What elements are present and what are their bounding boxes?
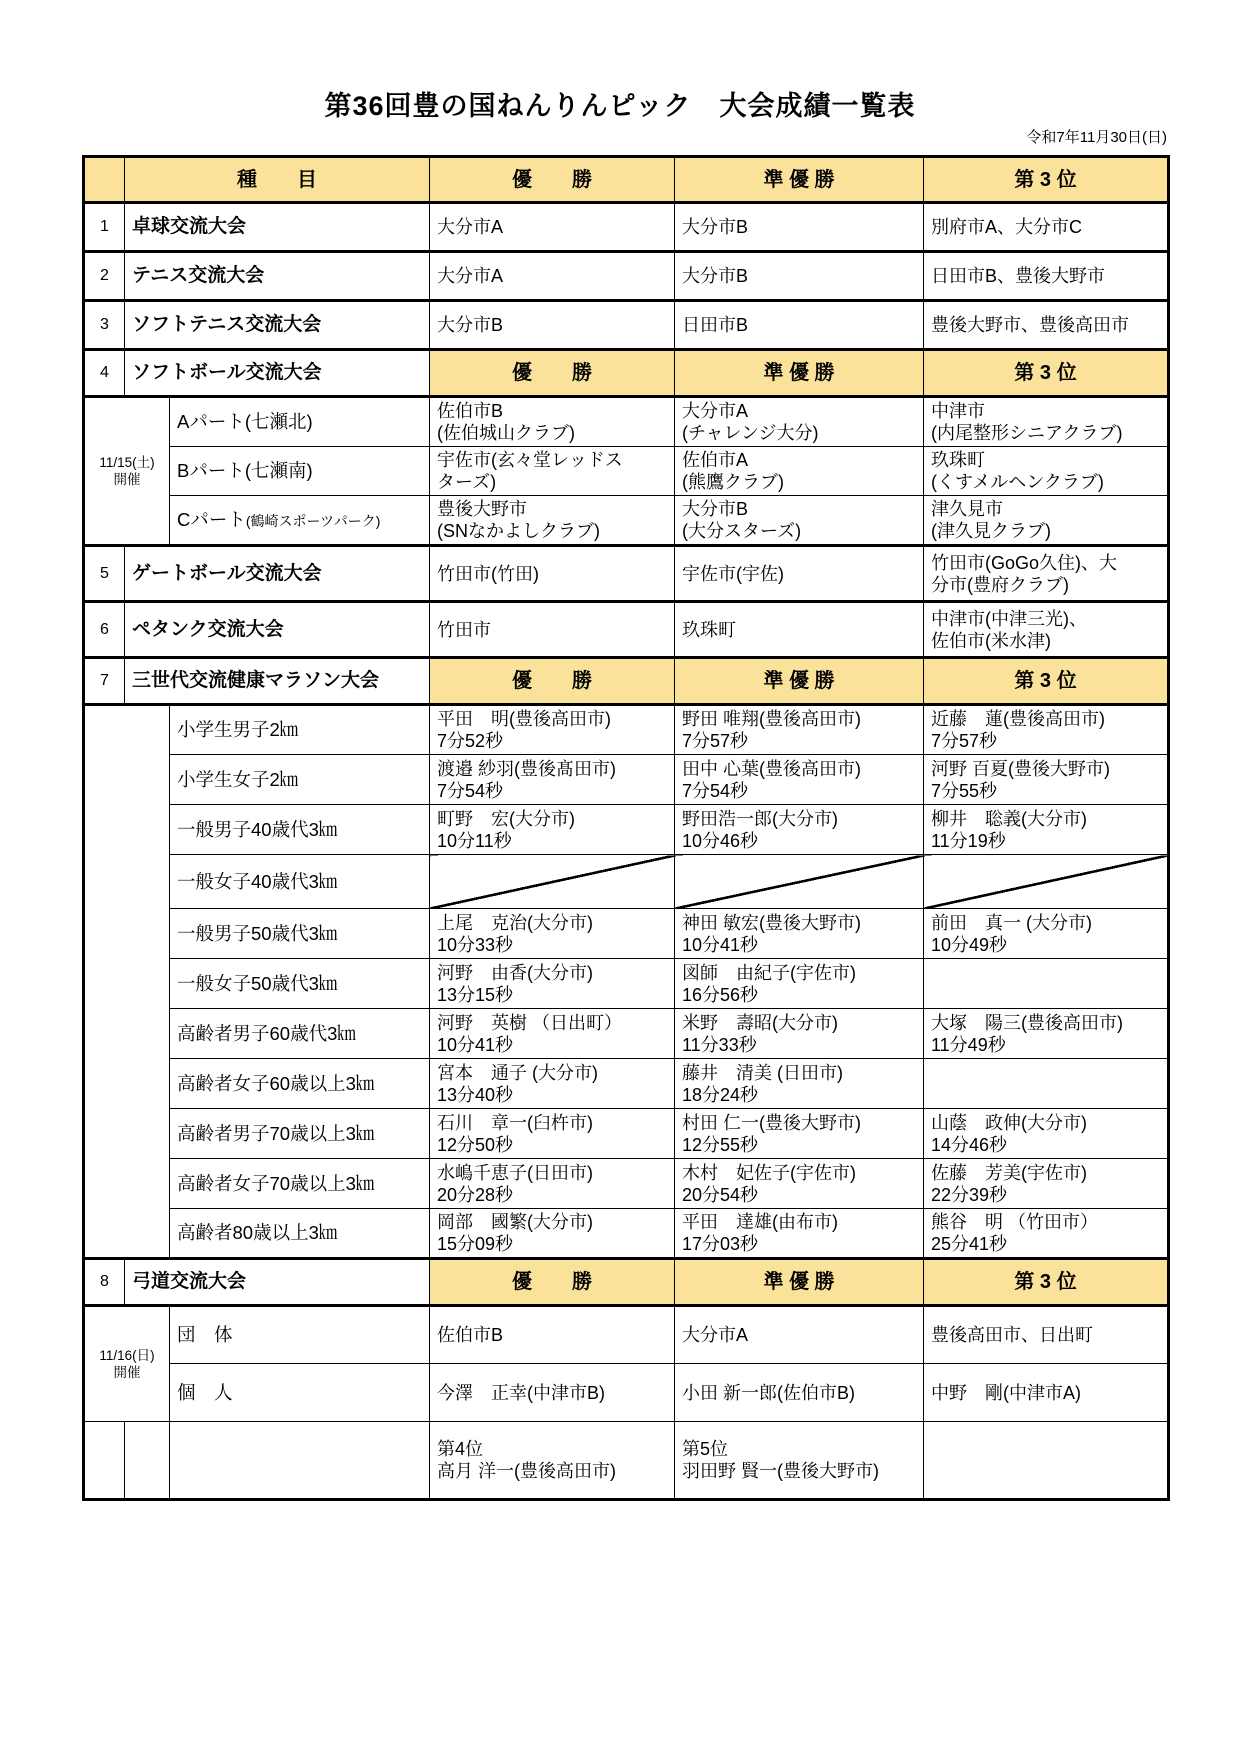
header-event: 種 目: [125, 157, 430, 203]
marathon-row-no-entry: 一般女子40歳代3㎞: [84, 855, 1169, 909]
cell-no: 3: [84, 301, 125, 350]
softball-row: Bパート(七瀬南) 宇佐市(玄々堂レッドス ターズ) 佐伯市A (熊鷹クラブ) …: [84, 447, 1169, 496]
marathon-row: 一般男子40歳代3㎞ 町野 宏(大分市) 10分11秒 野田浩一郎(大分市) 1…: [84, 805, 1169, 855]
cell-second: 藤井 清美 (日田市) 18分24秒: [675, 1059, 924, 1109]
empty-cell: [84, 1422, 125, 1500]
empty-cell: [924, 1422, 1169, 1500]
sublabel-text: Aパート(七瀬北): [177, 411, 313, 432]
subheader-second: 準 優 勝: [675, 350, 924, 397]
date-held-cell: 11/16(日) 開催: [84, 1306, 170, 1422]
kyudo-row: 11/16(日) 開催 団 体 佐伯市B 大分市A 豊後高田市、日出町: [84, 1306, 1169, 1364]
empty-cell: [170, 1422, 430, 1500]
event-row: 6 ペタンク交流大会 竹田市 玖珠町 中津市(中津三光)、 佐伯市(米水津): [84, 602, 1169, 658]
cell-fifth-place: 第5位 羽田野 賢一(豊後大野市): [675, 1422, 924, 1500]
cell-sublabel: 高齢者女子60歳以上3㎞: [170, 1059, 430, 1109]
cell-second: 大分市B (大分スターズ): [675, 496, 924, 546]
cell-first: 岡部 國繁(大分市) 15分09秒: [430, 1209, 675, 1259]
sublabel-small-text: (鶴崎スポーツパーク): [246, 513, 380, 529]
cell-event: ゲートボール交流大会: [125, 546, 430, 602]
marathon-header-row: 7 三世代交流健康マラソン大会 優 勝 準 優 勝 第 3 位: [84, 658, 1169, 705]
marathon-row: 高齢者女子60歳以上3㎞ 宮本 通子 (大分市) 13分40秒 藤井 清美 (日…: [84, 1059, 1169, 1109]
cell-no: 6: [84, 602, 125, 658]
cell-no: 4: [84, 350, 125, 397]
cell-sublabel: 高齢者80歳以上3㎞: [170, 1209, 430, 1259]
event-row: 2 テニス交流大会 大分市A 大分市B 日田市B、豊後大野市: [84, 252, 1169, 301]
cell-second: 図師 由紀子(宇佐市) 16分56秒: [675, 959, 924, 1009]
cell-event: ソフトボール交流大会: [125, 350, 430, 397]
sublabel-text: Bパート(七瀬南): [177, 460, 313, 481]
cell-first: 今澤 正幸(中津市B): [430, 1364, 675, 1422]
date-note: 令和7年11月30日(日): [82, 126, 1167, 147]
cell-first: 佐伯市B (佐伯城山クラブ): [430, 397, 675, 447]
empty-cell: [125, 1422, 170, 1500]
kyudo-row: 個 人 今澤 正幸(中津市B) 小田 新一郎(佐伯市B) 中野 剛(中津市A): [84, 1364, 1169, 1422]
cell-third: 玖珠町 (くすメルヘンクラブ): [924, 447, 1169, 496]
subheader-first: 優 勝: [430, 658, 675, 705]
cell-second: 木村 妃佐子(宇佐市) 20分54秒: [675, 1159, 924, 1209]
subheader-first: 優 勝: [430, 1259, 675, 1306]
cell-second: 野田浩一郎(大分市) 10分46秒: [675, 805, 924, 855]
cell-third: 中津市 (内尾整形シニアクラブ): [924, 397, 1169, 447]
subheader-first: 優 勝: [430, 350, 675, 397]
cell-first: 佐伯市B: [430, 1306, 675, 1364]
diagonal-line-cell: [675, 855, 924, 909]
softball-row: Cパート(鶴崎スポーツパーク) 豊後大野市 (SNなかよしクラブ) 大分市B (…: [84, 496, 1169, 546]
cell-sublabel: 個 人: [170, 1364, 430, 1422]
softball-header-row: 4 ソフトボール交流大会 優 勝 準 優 勝 第 3 位: [84, 350, 1169, 397]
cell-second: 村田 仁一(豊後大野市) 12分55秒: [675, 1109, 924, 1159]
cell-third: 熊谷 明 （竹田市） 25分41秒: [924, 1209, 1169, 1259]
cell-second: 宇佐市(宇佐): [675, 546, 924, 602]
cell-third: 豊後大野市、豊後高田市: [924, 301, 1169, 350]
cell-first: 宇佐市(玄々堂レッドス ターズ): [430, 447, 675, 496]
cell-third: 別府市A、大分市C: [924, 203, 1169, 252]
event-row: 3 ソフトテニス交流大会 大分市B 日田市B 豊後大野市、豊後高田市: [84, 301, 1169, 350]
cell-sublabel: 団 体: [170, 1306, 430, 1364]
cell-second: 日田市B: [675, 301, 924, 350]
cell-third: 津久見市 (津久見クラブ): [924, 496, 1169, 546]
header-second: 準 優 勝: [675, 157, 924, 203]
cell-event: ソフトテニス交流大会: [125, 301, 430, 350]
kyudo-extra-row: 第4位 高月 洋一(豊後高田市) 第5位 羽田野 賢一(豊後大野市): [84, 1422, 1169, 1500]
cell-second: 佐伯市A (熊鷹クラブ): [675, 447, 924, 496]
cell-sublabel: 一般女子40歳代3㎞: [170, 855, 430, 909]
cell-second: 小田 新一郎(佐伯市B): [675, 1364, 924, 1422]
cell-third: 佐藤 芳美(宇佐市) 22分39秒: [924, 1159, 1169, 1209]
cell-first: 上尾 克治(大分市) 10分33秒: [430, 909, 675, 959]
cell-event: テニス交流大会: [125, 252, 430, 301]
marathon-row: 高齢者80歳以上3㎞ 岡部 國繁(大分市) 15分09秒 平田 達雄(由布市) …: [84, 1209, 1169, 1259]
marathon-row: 高齢者女子70歳以上3㎞ 水嶋千恵子(日田市) 20分28秒 木村 妃佐子(宇佐…: [84, 1159, 1169, 1209]
cell-first: 石川 章一(臼杵市) 12分50秒: [430, 1109, 675, 1159]
cell-first: 水嶋千恵子(日田市) 20分28秒: [430, 1159, 675, 1209]
subheader-second: 準 優 勝: [675, 1259, 924, 1306]
cell-sublabel: 小学生女子2㎞: [170, 755, 430, 805]
cell-event: ペタンク交流大会: [125, 602, 430, 658]
kyudo-header-row: 8 弓道交流大会 優 勝 準 優 勝 第 3 位: [84, 1259, 1169, 1306]
subheader-third: 第 3 位: [924, 350, 1169, 397]
cell-second: 玖珠町: [675, 602, 924, 658]
event-row: 1 卓球交流大会 大分市A 大分市B 別府市A、大分市C: [84, 203, 1169, 252]
cell-second: 大分市B: [675, 203, 924, 252]
cell-sublabel: 高齢者女子70歳以上3㎞: [170, 1159, 430, 1209]
cell-third: [924, 959, 1169, 1009]
cell-no: 7: [84, 658, 125, 705]
event-row: 5 ゲートボール交流大会 竹田市(竹田) 宇佐市(宇佐) 竹田市(GoGo久住)…: [84, 546, 1169, 602]
cell-third: 山蔭 政伸(大分市) 14分46秒: [924, 1109, 1169, 1159]
cell-event: 弓道交流大会: [125, 1259, 430, 1306]
cell-first: 大分市A: [430, 252, 675, 301]
cell-no: 1: [84, 203, 125, 252]
table-header-row: 種 目 優 勝 準 優 勝 第 3 位: [84, 157, 1169, 203]
cell-second: 大分市A: [675, 1306, 924, 1364]
cell-sublabel: Cパート(鶴崎スポーツパーク): [170, 496, 430, 546]
empty-left-cell: [84, 705, 170, 1259]
cell-first: 竹田市: [430, 602, 675, 658]
cell-third: 中津市(中津三光)、 佐伯市(米水津): [924, 602, 1169, 658]
marathon-row: 高齢者男子60歳代3㎞ 河野 英樹 （日出町） 10分41秒 米野 壽昭(大分市…: [84, 1009, 1169, 1059]
marathon-row: 一般女子50歳代3㎞ 河野 由香(大分市) 13分15秒 図師 由紀子(宇佐市)…: [84, 959, 1169, 1009]
cell-first: 豊後大野市 (SNなかよしクラブ): [430, 496, 675, 546]
cell-sublabel: Aパート(七瀬北): [170, 397, 430, 447]
softball-row: 11/15(土) 開催 Aパート(七瀬北) 佐伯市B (佐伯城山クラブ) 大分市…: [84, 397, 1169, 447]
cell-second: 神田 敏宏(豊後大野市) 10分41秒: [675, 909, 924, 959]
cell-sublabel: 高齢者男子60歳代3㎞: [170, 1009, 430, 1059]
header-first: 優 勝: [430, 157, 675, 203]
header-third: 第 3 位: [924, 157, 1169, 203]
marathon-row: 小学生男子2㎞ 平田 明(豊後高田市) 7分52秒 野田 唯翔(豊後高田市) 7…: [84, 705, 1169, 755]
cell-first: 河野 由香(大分市) 13分15秒: [430, 959, 675, 1009]
cell-sublabel: 一般男子50歳代3㎞: [170, 909, 430, 959]
cell-first: 大分市A: [430, 203, 675, 252]
subheader-second: 準 優 勝: [675, 658, 924, 705]
cell-second: 田中 心葉(豊後高田市) 7分54秒: [675, 755, 924, 805]
cell-first: 大分市B: [430, 301, 675, 350]
date-held-cell: 11/15(土) 開催: [84, 397, 170, 546]
cell-third: [924, 1059, 1169, 1109]
cell-third: 竹田市(GoGo久住)、大 分市(豊府クラブ): [924, 546, 1169, 602]
cell-sublabel: Bパート(七瀬南): [170, 447, 430, 496]
sublabel-text: Cパート: [177, 509, 246, 530]
cell-third: 日田市B、豊後大野市: [924, 252, 1169, 301]
page-title: 第36回豊の国ねんりんピック 大会成績一覧表: [0, 84, 1240, 123]
cell-sublabel: 一般男子40歳代3㎞: [170, 805, 430, 855]
diagonal-line-cell: [430, 855, 675, 909]
marathon-row: 小学生女子2㎞ 渡邉 紗羽(豊後髙田市) 7分54秒 田中 心葉(豊後高田市) …: [84, 755, 1169, 805]
cell-second: 平田 達雄(由布市) 17分03秒: [675, 1209, 924, 1259]
cell-event: 三世代交流健康マラソン大会: [125, 658, 430, 705]
cell-fourth-place: 第4位 高月 洋一(豊後高田市): [430, 1422, 675, 1500]
cell-third: 河野 百夏(豊後大野市) 7分55秒: [924, 755, 1169, 805]
cell-third: 前田 真一 (大分市) 10分49秒: [924, 909, 1169, 959]
cell-sublabel: 一般女子50歳代3㎞: [170, 959, 430, 1009]
cell-third: 中野 剛(中津市A): [924, 1364, 1169, 1422]
cell-no: 8: [84, 1259, 125, 1306]
cell-second: 大分市B: [675, 252, 924, 301]
cell-first: 平田 明(豊後高田市) 7分52秒: [430, 705, 675, 755]
cell-first: 渡邉 紗羽(豊後髙田市) 7分54秒: [430, 755, 675, 805]
cell-second: 大分市A (チャレンジ大分): [675, 397, 924, 447]
cell-third: 柳井 聡義(大分市) 11分19秒: [924, 805, 1169, 855]
document-page: 第36回豊の国ねんりんピック 大会成績一覧表 令和7年11月30日(日) 種 目…: [0, 0, 1240, 1754]
cell-no: 5: [84, 546, 125, 602]
cell-first: 河野 英樹 （日出町） 10分41秒: [430, 1009, 675, 1059]
cell-sublabel: 高齢者男子70歳以上3㎞: [170, 1109, 430, 1159]
cell-no: 2: [84, 252, 125, 301]
results-table: 種 目 優 勝 準 優 勝 第 3 位 1 卓球交流大会 大分市A 大分市B 別…: [82, 155, 1170, 1501]
cell-second: 野田 唯翔(豊後高田市) 7分57秒: [675, 705, 924, 755]
cell-third: 豊後高田市、日出町: [924, 1306, 1169, 1364]
marathon-row: 高齢者男子70歳以上3㎞ 石川 章一(臼杵市) 12分50秒 村田 仁一(豊後大…: [84, 1109, 1169, 1159]
marathon-row: 一般男子50歳代3㎞ 上尾 克治(大分市) 10分33秒 神田 敏宏(豊後大野市…: [84, 909, 1169, 959]
diagonal-line-cell: [924, 855, 1169, 909]
cell-sublabel: 小学生男子2㎞: [170, 705, 430, 755]
cell-second: 米野 壽昭(大分市) 11分33秒: [675, 1009, 924, 1059]
cell-third: 近藤 蓮(豊後高田市) 7分57秒: [924, 705, 1169, 755]
subheader-third: 第 3 位: [924, 658, 1169, 705]
cell-first: 竹田市(竹田): [430, 546, 675, 602]
header-corner-cell: [84, 157, 125, 203]
cell-event: 卓球交流大会: [125, 203, 430, 252]
subheader-third: 第 3 位: [924, 1259, 1169, 1306]
cell-third: 大塚 陽三(豊後高田市) 11分49秒: [924, 1009, 1169, 1059]
cell-first: 町野 宏(大分市) 10分11秒: [430, 805, 675, 855]
cell-first: 宮本 通子 (大分市) 13分40秒: [430, 1059, 675, 1109]
